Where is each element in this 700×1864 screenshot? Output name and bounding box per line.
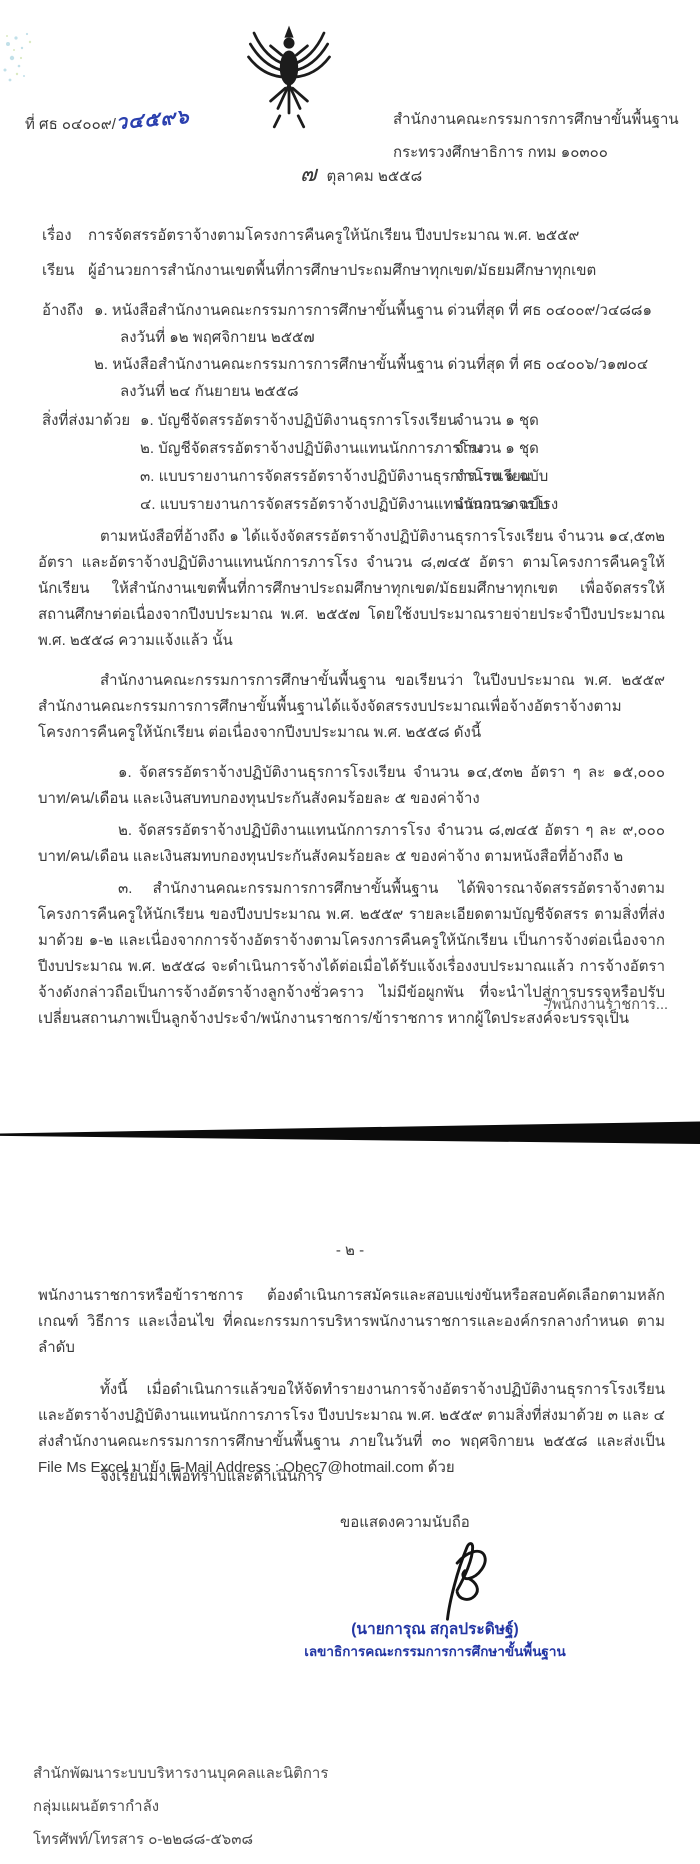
scanned-letter-page: ที่ ศธ ๐๔๐๐๙/ว๔๕๙๖ สำนักงานคณะกรรมการการ… [0,0,700,1864]
to-text: ผู้อำนวยการสำนักงานเขตพื้นที่การศึกษาประ… [88,259,596,283]
reference-item: ๑. หนังสือสำนักงานคณะกรรมการการศึกษาขั้น… [94,297,652,351]
body-paragraph-item-1: ๑. จัดสรรอัตราจ้างปฏิบัติงานธุรการโรงเรี… [38,760,665,812]
garuda-emblem-icon [243,20,335,138]
footer-phone: โทรศัพท์/โทรสาร ๐-๒๒๘๘-๕๖๓๘ [33,1823,328,1856]
references-block: อ้างถึง ๑. หนังสือสำนักงานคณะกรรมการการศ… [42,297,667,405]
signer-block: (นายการุณ สกุลประดิษฐ์) เลขาธิการคณะกรรม… [270,1618,600,1662]
subject-text: การจัดสรรอัตราจ้างตามโครงการคืนครูให้นัก… [88,224,579,248]
subject-line: เรื่อง การจัดสรรอัตราจ้างตามโครงการคืนคร… [42,224,667,248]
reference-number-handwritten: ว๔๕๙๖ [114,100,190,138]
continuation-note: -/พนักงานราชการ... [543,993,668,1016]
letter-date-day: ๗ [300,161,317,186]
to-label: เรียน [42,259,88,283]
salutation: ขอแสดงความนับถือ [340,1510,470,1534]
footer-group: กลุ่มแผนอัตรากำลัง [33,1790,328,1823]
subject-label: เรื่อง [42,224,88,248]
enclosure-item: ๒. บัญชีจัดสรรอัตราจ้างปฏิบัติงานแทนนักก… [140,435,682,463]
reference-number-line: ที่ ศธ ๐๔๐๐๙/ว๔๕๙๖ [25,106,190,138]
document-footer: สำนักพัฒนาระบบบริหารงานบุคคลและนิติการ ก… [33,1757,328,1856]
reference-item: ๒. หนังสือสำนักงานคณะกรรมการการศึกษาขั้น… [94,351,652,405]
references-label: อ้างถึง [42,297,94,405]
reference-item-text: ๑. หนังสือสำนักงานคณะกรรมการการศึกษาขั้น… [94,297,652,324]
signer-title: เลขาธิการคณะกรรมการการศึกษาขั้นพื้นฐาน [270,1642,600,1662]
page-separator-scan-line [0,1121,700,1145]
enclosures-label: สิ่งที่ส่งมาด้วย [42,407,140,519]
letter-date-month-year: ตุลาคม ๒๕๕๘ [327,168,423,185]
body-paragraph: พนักงานราชการหรือข้าราชการ ต้องดำเนินการ… [38,1283,665,1361]
reference-item-date: ลงวันที่ ๑๒ พฤศจิกายน ๒๕๕๗ [94,324,652,351]
body-paragraph: ตามหนังสือที่อ้างถึง ๑ ได้แจ้งจัดสรรอัตร… [38,524,665,654]
body-paragraph-item-2: ๒. จัดสรรอัตราจ้างปฏิบัติงานแทนนักการภาร… [38,818,665,870]
reference-number-printed: ที่ ศธ ๐๔๐๐๙/ [25,116,116,133]
page-number: - ๒ - [0,1238,700,1262]
enclosure-item-text: ๒. บัญชีจัดสรรอัตราจ้างปฏิบัติงานแทนนักก… [140,440,484,457]
enclosures-block: สิ่งที่ส่งมาด้วย ๑. บัญชีจัดสรรอัตราจ้าง… [42,407,682,519]
agency-name: สำนักงานคณะกรรมการการศึกษาขั้นพื้นฐาน [393,103,679,136]
enclosures-items: ๑. บัญชีจัดสรรอัตราจ้างปฏิบัติงานธุรการโ… [140,407,682,519]
references-items: ๑. หนังสือสำนักงานคณะกรรมการการศึกษาขั้น… [94,297,652,405]
enclosure-item: ๑. บัญชีจัดสรรอัตราจ้างปฏิบัติงานธุรการโ… [140,407,682,435]
to-line: เรียน ผู้อำนวยการสำนักงานเขตพื้นที่การศึ… [42,259,667,283]
reference-item-text: ๒. หนังสือสำนักงานคณะกรรมการการศึกษาขั้น… [94,351,652,378]
reference-item-date: ลงวันที่ ๒๔ กันยายน ๒๕๕๘ [94,378,652,405]
enclosure-item: ๓. แบบรายงานการจัดสรรอัตราจ้างปฏิบัติงาน… [140,463,682,491]
footer-bureau: สำนักพัฒนาระบบบริหารงานบุคคลและนิติการ [33,1757,328,1790]
enclosure-item-qty: จำนวน ๑ ฉบับ [455,463,548,491]
enclosure-item: ๔. แบบรายงานการจัดสรรอัตราจ้างปฏิบัติงาน… [140,491,682,519]
agency-address: กระทรวงศึกษาธิการ กทม ๑๐๓๐๐ [393,136,679,169]
letter-body-page1: ตามหนังสือที่อ้างถึง ๑ ได้แจ้งจัดสรรอัตร… [38,524,665,1038]
closing-line: จึงเรียนมาเพื่อทราบและดำเนินการ [38,1464,665,1488]
letter-date: ๗ตุลาคม ๒๕๕๘ [300,156,422,191]
enclosure-item-qty: จำนวน ๑ ชุด [455,435,539,463]
body-paragraph: สำนักงานคณะกรรมการการศึกษาขั้นพื้นฐาน ขอ… [38,668,665,746]
enclosure-item-qty: จำนวน ๑ ชุด [455,407,539,435]
enclosure-item-text: ๑. บัญชีจัดสรรอัตราจ้างปฏิบัติงานธุรการโ… [140,412,457,429]
signature-icon [418,1534,506,1626]
enclosure-item-qty: จำนวน ๑ ฉบับ [455,491,548,519]
issuing-agency-block: สำนักงานคณะกรรมการการศึกษาขั้นพื้นฐาน กร… [393,103,679,169]
signer-name: (นายการุณ สกุลประดิษฐ์) [270,1618,600,1642]
